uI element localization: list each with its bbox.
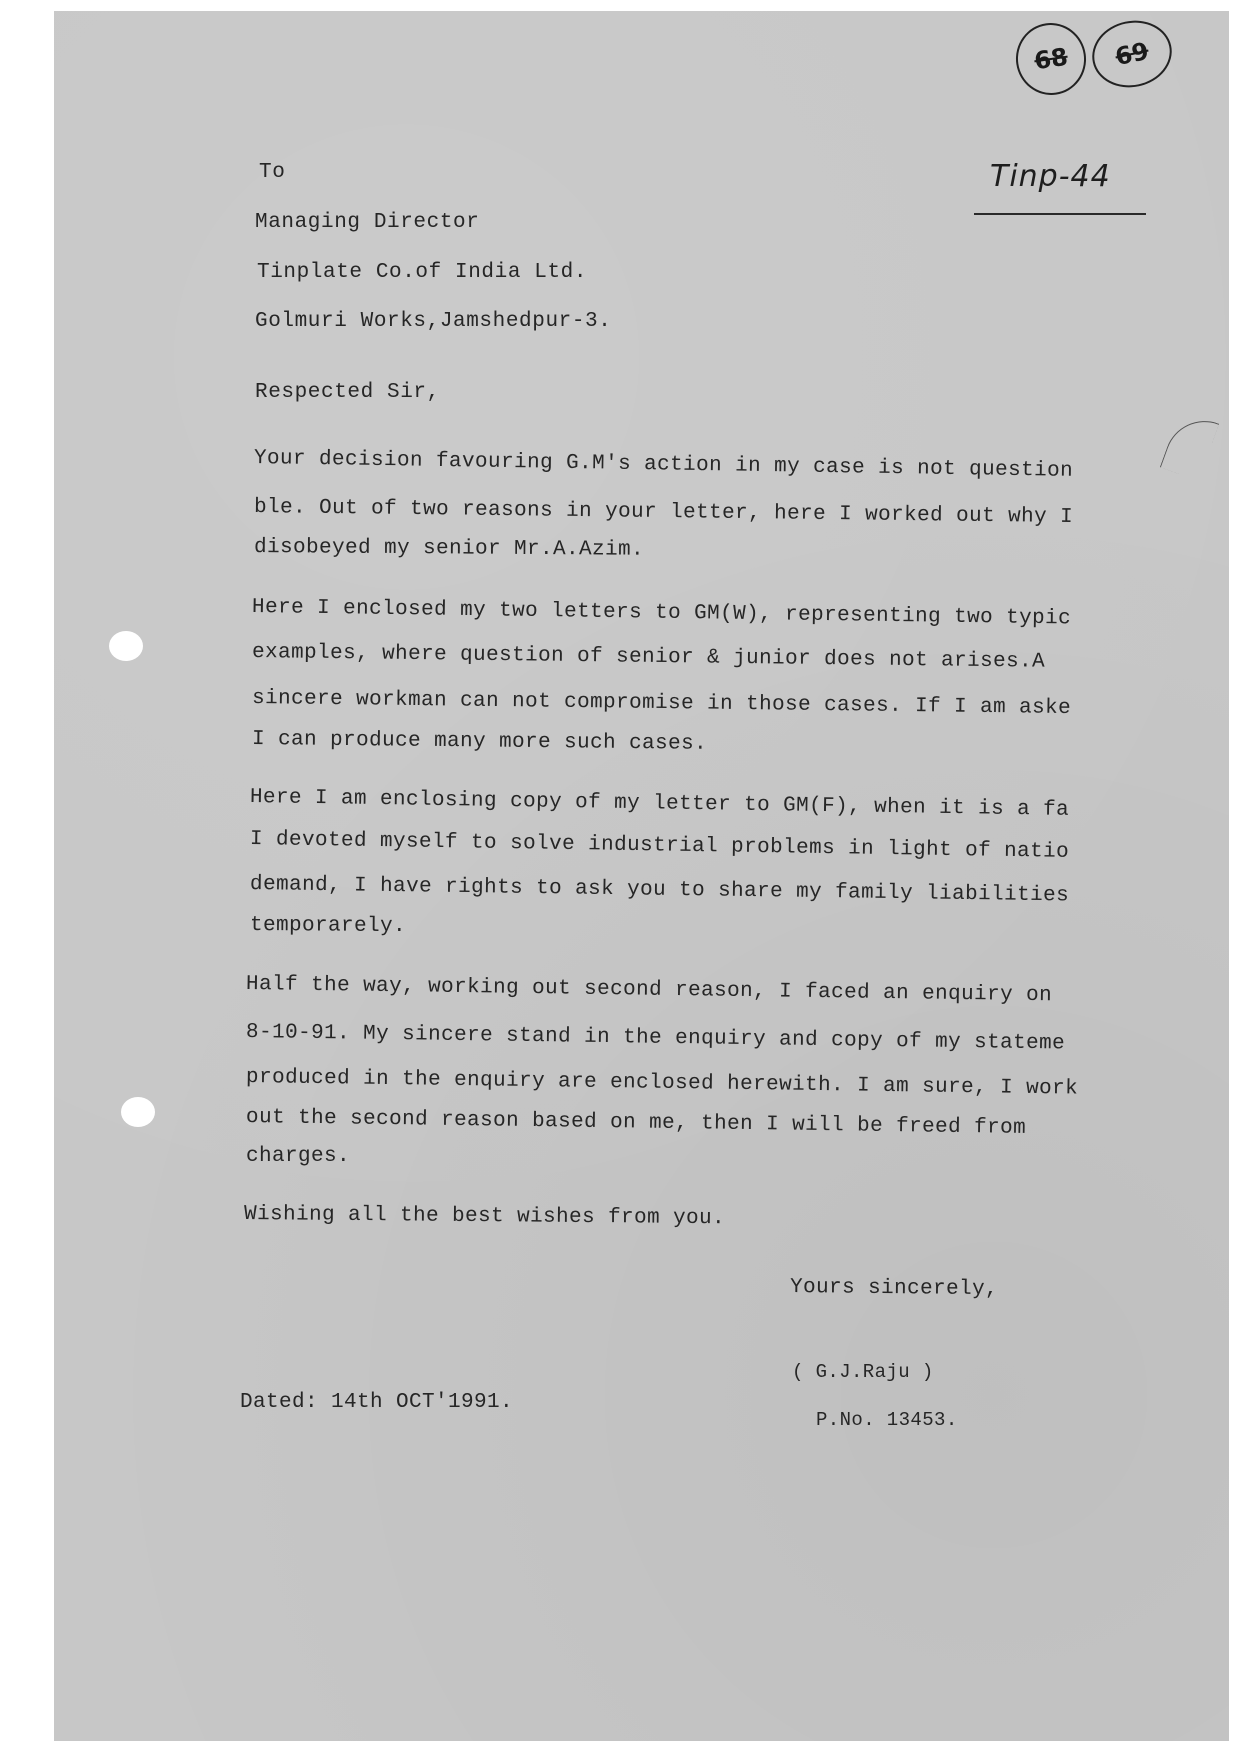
personnel-number: P.No. 13453. [816,1409,958,1431]
paragraph-3-line-2: I devoted myself to solve industrial pro… [250,828,1069,864]
greeting: Respected Sir, [255,381,440,404]
reference-code: Tinp-44 [990,159,1111,194]
paragraph-2-line-1: Here I enclosed my two letters to GM(W),… [252,596,1071,630]
paragraph-3-line-4: temporarely. [250,914,406,938]
paragraph-4-line-4: out the second reason based on me, then … [246,1106,1026,1140]
signatory-name: ( G.J.Raju ) [792,1361,934,1383]
paragraph-1-line-3: disobeyed my senior Mr.A.Azim. [254,536,644,562]
recipient-company: Tinplate Co.of India Ltd. [257,261,587,284]
paragraph-2-line-4: I can produce many more such cases. [252,728,707,756]
letter-page: 68 69 Tinp-44 To Managing Director Tinpl… [54,11,1229,1741]
paragraph-2-line-2: examples, where question of senior & jun… [252,641,1045,674]
recipient-title: Managing Director [255,211,479,234]
date: Dated: 14th OCT'1991. [240,1391,513,1414]
paragraph-4-line-1: Half the way, working out second reason,… [246,973,1052,1007]
paragraph-2-line-3: sincere workman can not compromise in th… [252,687,1071,720]
paragraph-4-line-5: charges. [246,1145,350,1168]
circled-page-number-struck: 68 [1011,18,1090,99]
paragraph-5-line-1: Wishing all the best wishes from you. [244,1203,725,1230]
circled-page-number: 69 [1086,13,1178,94]
punch-hole-bottom [121,1097,155,1127]
paragraph-4-line-2: 8-10-91. My sincere stand in the enquiry… [246,1021,1065,1055]
to-label: To [259,161,285,184]
recipient-address: Golmuri Works,Jamshedpur-3. [255,310,611,333]
pen-mark [1160,410,1219,481]
punch-hole-top [109,631,143,661]
paragraph-3-line-3: demand, I have rights to ask you to shar… [250,873,1069,907]
paragraph-3-line-1: Here I am enclosing copy of my letter to… [250,786,1069,822]
reference-underline [974,213,1146,215]
paragraph-4-line-3: produced in the enquiry are enclosed her… [246,1066,1078,1101]
paragraph-1-line-1: Your decision favouring G.M's action in … [254,447,1073,483]
paragraph-1-line-2: ble. Out of two reasons in your letter, … [254,496,1073,529]
closing: Yours sincerely, [790,1276,998,1301]
